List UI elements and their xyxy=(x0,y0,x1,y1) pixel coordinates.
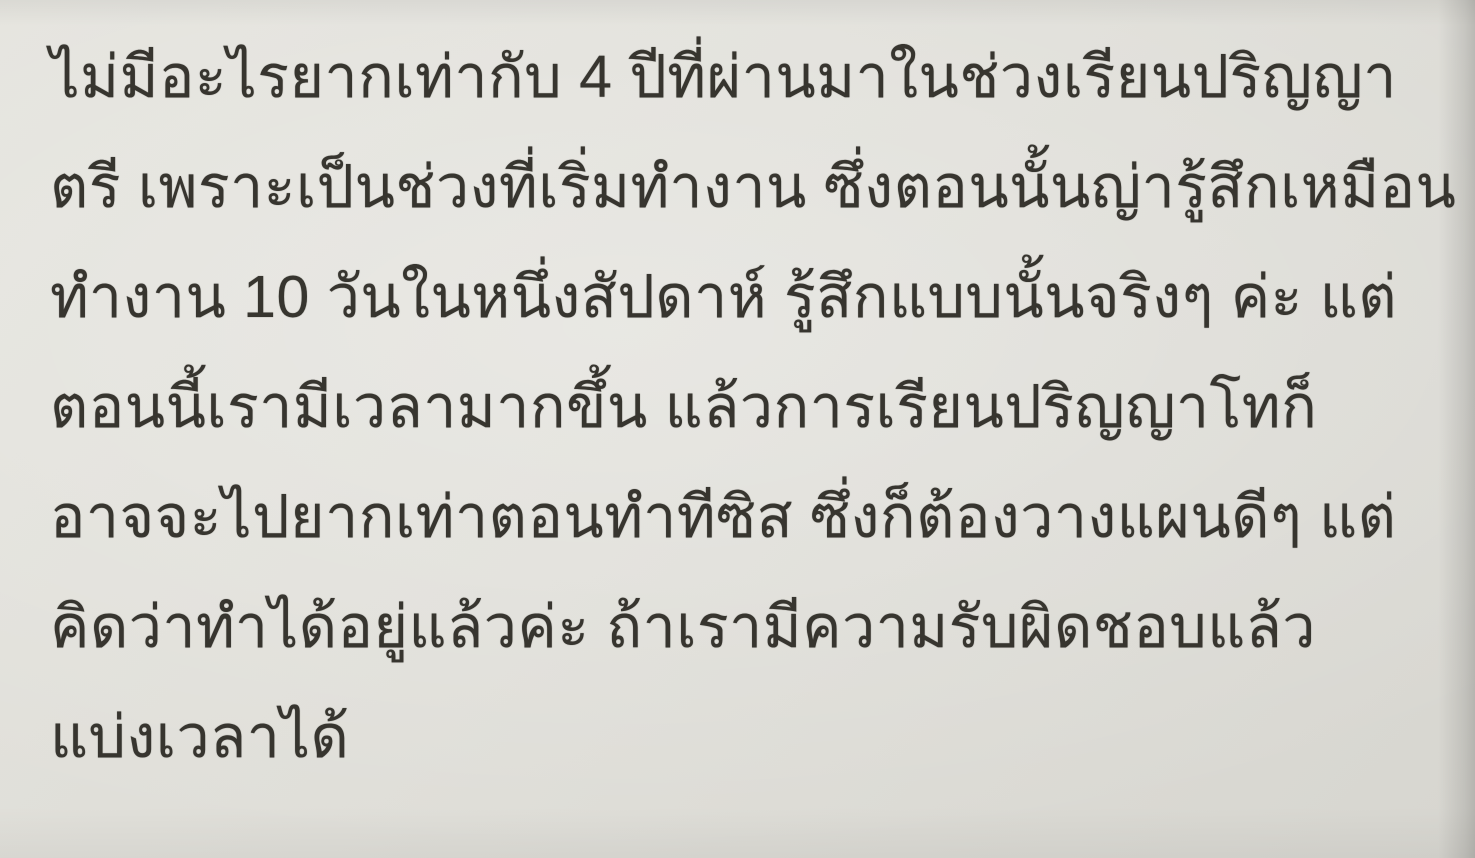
text-line-3: ทำงาน 10 วันในหนึ่งสัปดาห์ รู้สึกแบบนั้น… xyxy=(50,242,1445,352)
photographed-book-page: ไม่มีอะไรยากเท่ากับ 4 ปีที่ผ่านมาในช่วงเ… xyxy=(0,0,1475,858)
text-line-5: อาจจะไปยากเท่าตอนทำทีซิส ซึ่งก็ต้องวางแผ… xyxy=(50,462,1445,572)
text-line-6: คิดว่าทำได้อยู่แล้วค่ะ ถ้าเรามีความรับผิ… xyxy=(50,572,1445,682)
text-line-2: ตรี เพราะเป็นช่วงที่เริ่มทำงาน ซึ่งตอนนั… xyxy=(50,132,1445,242)
text-line-1: ไม่มีอะไรยากเท่ากับ 4 ปีที่ผ่านมาในช่วงเ… xyxy=(50,22,1445,132)
text-line-4: ตอนนี้เรามีเวลามากขึ้น แล้วการเรียนปริญญ… xyxy=(50,352,1445,462)
paragraph-text-block: ไม่มีอะไรยากเท่ากับ 4 ปีที่ผ่านมาในช่วงเ… xyxy=(50,22,1445,792)
text-line-7: แบ่งเวลาได้ xyxy=(50,682,1445,792)
